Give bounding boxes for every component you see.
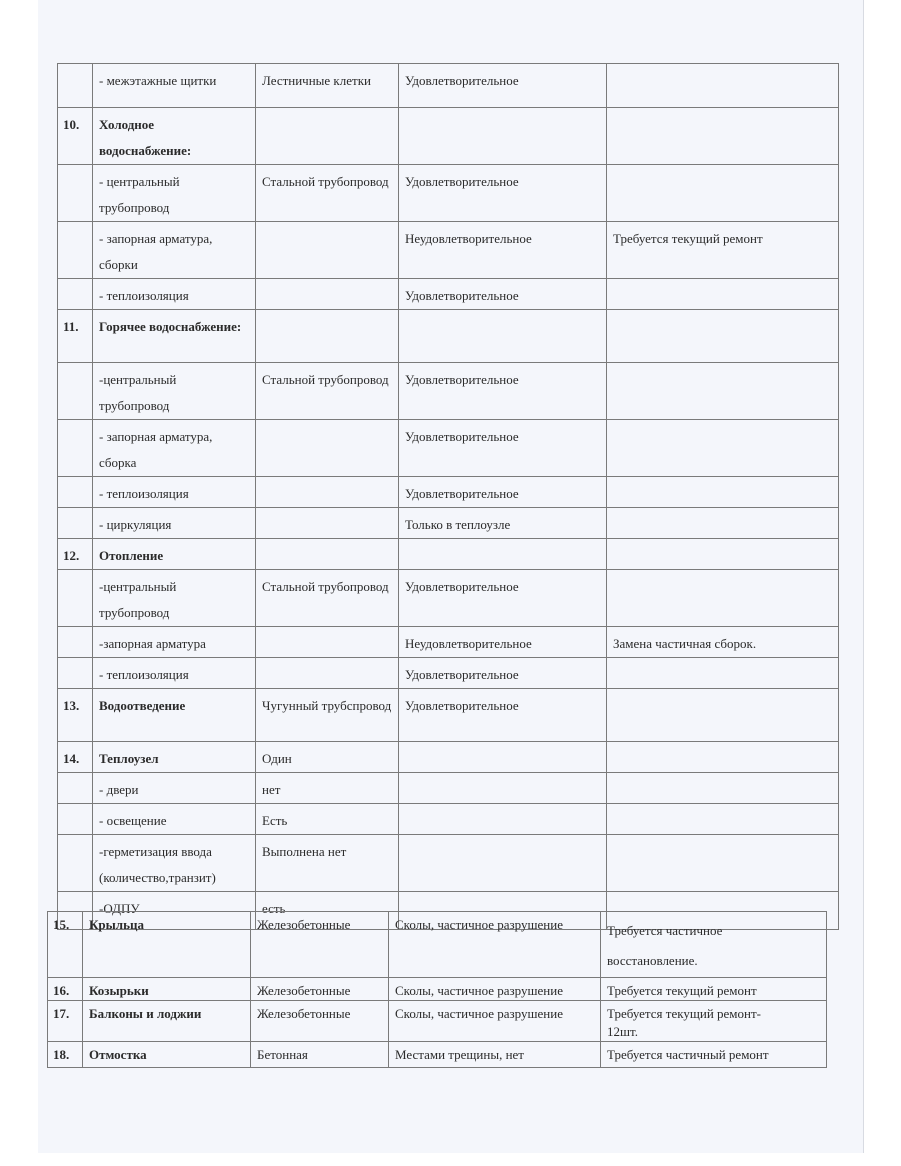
table-row: - теплоизоляцияУдовлетворительное (58, 477, 839, 508)
item-number-cell (58, 279, 93, 310)
item-number-cell: 18. (48, 1042, 83, 1068)
recommendation-cell (607, 363, 839, 420)
recommendation-cell (607, 420, 839, 477)
condition-cell (399, 773, 607, 804)
recommendation-cell (607, 742, 839, 773)
recommendation-cell: Требуется частичный ремонт (601, 1042, 827, 1068)
item-number-cell (58, 804, 93, 835)
condition-cell: Удовлетворительное (399, 477, 607, 508)
element-name-cell: Козырьки (83, 978, 251, 1001)
material-cell (256, 539, 399, 570)
recommendation-cell: Требуется текущий ремонт (607, 222, 839, 279)
recommendation-cell (607, 64, 839, 108)
condition-cell (399, 108, 607, 165)
material-cell: Чугунный трубспровод (256, 689, 399, 742)
element-name-cell: Крыльца (83, 912, 251, 978)
recommendation-cell: Требуется частичноевосстановление. (601, 912, 827, 978)
element-name-cell: -центральный трубопровод (93, 570, 256, 627)
item-number-cell (58, 165, 93, 222)
item-number-cell (58, 773, 93, 804)
inspection-table-part2: 15.КрыльцаЖелезобетонныеСколы, частичное… (47, 911, 827, 1068)
recommendation-cell (607, 108, 839, 165)
table-row: - межэтажные щиткиЛестничные клеткиУдовл… (58, 64, 839, 108)
item-number-cell: 13. (58, 689, 93, 742)
condition-cell: Удовлетворительное (399, 658, 607, 689)
table-row: - освещениеЕсть (58, 804, 839, 835)
recommendation-cell: Требуется текущий ремонт (601, 978, 827, 1001)
material-cell (256, 477, 399, 508)
item-number-cell: 14. (58, 742, 93, 773)
element-name-cell: Водоотведение (93, 689, 256, 742)
element-name-cell: - межэтажные щитки (93, 64, 256, 108)
recommendation-cell (607, 279, 839, 310)
material-cell: Есть (256, 804, 399, 835)
item-number-cell (58, 627, 93, 658)
table-row: -центральный трубопроводСтальной трубопр… (58, 570, 839, 627)
recommendation-cell: Требуется текущий ремонт-12шт. (601, 1001, 827, 1042)
item-number-cell: 17. (48, 1001, 83, 1042)
condition-cell: Удовлетворительное (399, 165, 607, 222)
table-row: -герметизация ввода (количество,транзит)… (58, 835, 839, 892)
item-number-cell: 16. (48, 978, 83, 1001)
table-row: - запорная арматура, сборкиНеудовлетвори… (58, 222, 839, 279)
table-row: 10.Холодное водоснабжение: (58, 108, 839, 165)
element-name-cell: - запорная арматура, сборка (93, 420, 256, 477)
table-row: 15.КрыльцаЖелезобетонныеСколы, частичное… (48, 912, 827, 978)
table-row: - центральный трубопроводСтальной трубоп… (58, 165, 839, 222)
material-cell (256, 108, 399, 165)
element-name-cell: - циркуляция (93, 508, 256, 539)
table-row: 18.ОтмосткаБетоннаяМестами трещины, нетТ… (48, 1042, 827, 1068)
table-row: 12.Отопление (58, 539, 839, 570)
element-name-cell: Холодное водоснабжение: (93, 108, 256, 165)
material-cell: нет (256, 773, 399, 804)
condition-cell: Местами трещины, нет (389, 1042, 601, 1068)
item-number-cell (58, 420, 93, 477)
table-row: 11.Горячее водоснабжение: (58, 310, 839, 363)
recommendation-cell (607, 658, 839, 689)
condition-cell (399, 310, 607, 363)
condition-cell: Удовлетворительное (399, 420, 607, 477)
condition-cell: Удовлетворительное (399, 363, 607, 420)
element-name-cell: Теплоузел (93, 742, 256, 773)
element-name-cell: -запорная арматура (93, 627, 256, 658)
item-number-cell (58, 477, 93, 508)
table-row: 17.Балконы и лоджииЖелезобетонныеСколы, … (48, 1001, 827, 1042)
item-number-cell: 11. (58, 310, 93, 363)
table-row: - теплоизоляцияУдовлетворительное (58, 279, 839, 310)
table-row: - теплоизоляцияУдовлетворительное (58, 658, 839, 689)
material-cell: Стальной трубопровод (256, 570, 399, 627)
table-row: - запорная арматура, сборкаУдовлетворите… (58, 420, 839, 477)
item-number-cell (58, 64, 93, 108)
material-cell (256, 222, 399, 279)
recommendation-cell (607, 773, 839, 804)
material-cell: Железобетонные (251, 978, 389, 1001)
element-name-cell: - теплоизоляция (93, 658, 256, 689)
recommendation-cell (607, 508, 839, 539)
recommendation-cell (607, 165, 839, 222)
material-cell: Бетонная (251, 1042, 389, 1068)
element-name-cell: - теплоизоляция (93, 477, 256, 508)
item-number-cell (58, 658, 93, 689)
element-name-cell: - двери (93, 773, 256, 804)
condition-cell: Сколы, частичное разрушение (389, 1001, 601, 1042)
item-number-cell: 10. (58, 108, 93, 165)
table-row: 16.КозырькиЖелезобетонныеСколы, частично… (48, 978, 827, 1001)
element-name-cell: - запорная арматура, сборки (93, 222, 256, 279)
item-number-cell (58, 363, 93, 420)
item-number-cell: 15. (48, 912, 83, 978)
element-name-cell: Балконы и лоджии (83, 1001, 251, 1042)
recommendation-cell (607, 804, 839, 835)
material-cell (256, 658, 399, 689)
material-cell (256, 420, 399, 477)
condition-cell: Сколы, частичное разрушение (389, 912, 601, 978)
element-name-cell: - центральный трубопровод (93, 165, 256, 222)
condition-cell (399, 539, 607, 570)
material-cell: Один (256, 742, 399, 773)
element-name-cell: -герметизация ввода (количество,транзит) (93, 835, 256, 892)
element-name-cell: Отопление (93, 539, 256, 570)
material-cell: Железобетонные (251, 912, 389, 978)
table-row: 13.ВодоотведениеЧугунный трубспроводУдов… (58, 689, 839, 742)
material-cell: Стальной трубопровод (256, 363, 399, 420)
table-row: 14.ТеплоузелОдин (58, 742, 839, 773)
recommendation-cell (607, 570, 839, 627)
condition-cell: Неудовлетворительное (399, 222, 607, 279)
condition-cell: Только в теплоузле (399, 508, 607, 539)
item-number-cell (58, 570, 93, 627)
material-cell (256, 310, 399, 363)
recommendation-cell (607, 310, 839, 363)
recommendation-cell: Замена частичная сборок. (607, 627, 839, 658)
element-name-cell: Отмостка (83, 1042, 251, 1068)
item-number-cell: 12. (58, 539, 93, 570)
inspection-table-part1: - межэтажные щиткиЛестничные клеткиУдовл… (57, 63, 839, 930)
item-number-cell (58, 222, 93, 279)
material-cell (256, 279, 399, 310)
condition-cell: Неудовлетворительное (399, 627, 607, 658)
condition-cell: Удовлетворительное (399, 279, 607, 310)
condition-cell: Удовлетворительное (399, 570, 607, 627)
material-cell: Железобетонные (251, 1001, 389, 1042)
condition-cell: Удовлетворительное (399, 689, 607, 742)
condition-cell (399, 742, 607, 773)
table-row: -запорная арматураНеудовлетворительноеЗа… (58, 627, 839, 658)
item-number-cell (58, 835, 93, 892)
element-name-cell: - освещение (93, 804, 256, 835)
condition-cell: Удовлетворительное (399, 64, 607, 108)
recommendation-cell (607, 835, 839, 892)
table-row: - дверинет (58, 773, 839, 804)
material-cell (256, 627, 399, 658)
element-name-cell: -центральный трубопровод (93, 363, 256, 420)
recommendation-cell (607, 477, 839, 508)
condition-cell (399, 835, 607, 892)
recommendation-cell (607, 539, 839, 570)
condition-cell (399, 804, 607, 835)
material-cell: Стальной трубопровод (256, 165, 399, 222)
table-row: -центральный трубопроводСтальной трубопр… (58, 363, 839, 420)
table-row: - циркуляцияТолько в теплоузле (58, 508, 839, 539)
element-name-cell: Горячее водоснабжение: (93, 310, 256, 363)
material-cell: Выполнена нет (256, 835, 399, 892)
material-cell: Лестничные клетки (256, 64, 399, 108)
recommendation-cell (607, 689, 839, 742)
material-cell (256, 508, 399, 539)
element-name-cell: - теплоизоляция (93, 279, 256, 310)
item-number-cell (58, 508, 93, 539)
condition-cell: Сколы, частичное разрушение (389, 978, 601, 1001)
